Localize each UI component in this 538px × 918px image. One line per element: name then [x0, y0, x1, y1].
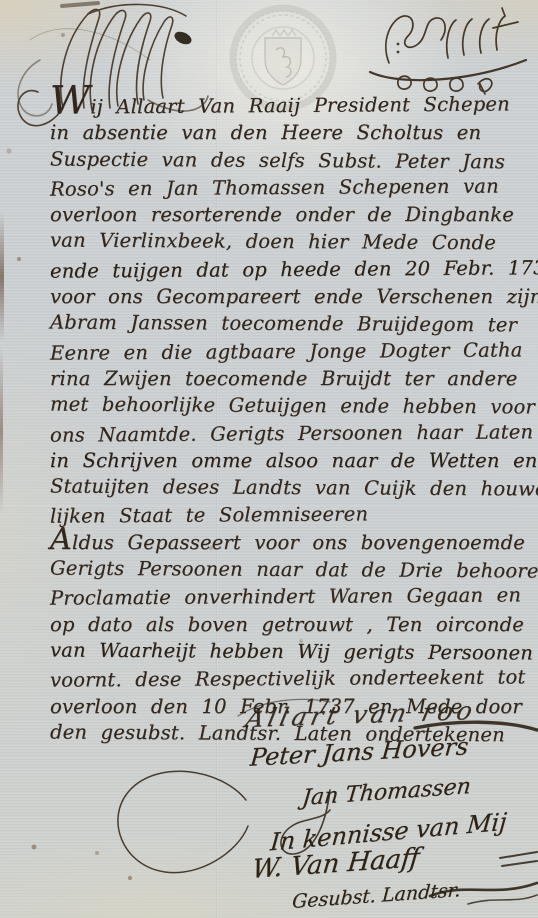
manuscript-line: ons Naamtde. Gerigts Persoonen haar Late… — [50, 418, 532, 449]
manuscript-line: Eenre en die agtbaare Jonge Dogter Catha — [50, 336, 532, 367]
manuscript-body: Wij Allaart Van Raaij President Schepen … — [0, 92, 538, 747]
manuscript-line: Roso's en Jan Thomassen Schepenen van — [50, 172, 532, 203]
manuscript-line: overloon resorterende onder de Dingbanke — [50, 201, 532, 228]
manuscript-line: in absentie van den Heere Scholtus en — [50, 119, 532, 146]
paraph-top-right-icon — [370, 8, 526, 94]
manuscript-line: ende tuijgen dat op heede den 20 Febr. 1… — [50, 254, 532, 285]
title-gesubst-landtsr: Gesubst. Landtsr. — [291, 879, 461, 913]
manuscript-line: van Waarheijt hebben Wij gerigts Persoon… — [50, 636, 532, 666]
manuscript-line: van Vierlinxbeek, doen hier Mede Conde — [50, 227, 532, 257]
manuscript-line: Wij Allaart Van Raaij President Schepen — [50, 90, 532, 121]
foxing-specks — [0, 0, 2, 2]
manuscript-line: op dato als boven getrouwt , Ten oircond… — [50, 611, 532, 638]
manuscript-line: Statuijten deses Landts van Cuijk den ho… — [50, 473, 532, 503]
manuscript-line: in Schrijven omme alsoo naar de Wetten e… — [50, 447, 532, 474]
manuscript-line: met behoorlijke Getuijgen ende hebben vo… — [50, 391, 532, 421]
manuscript-line: Gerigts Persoonen naar dat de Drie behoo… — [50, 555, 532, 585]
manuscript-page: Wij Allaart Van Raaij President Schepen … — [0, 0, 538, 918]
signature-jan-thomassen: Jan Thomassen — [301, 774, 472, 811]
manuscript-line: Aldus Gepasseert voor ons bovengenoemde — [50, 529, 532, 556]
manuscript-line: voornt. dese Respectivelijk onderteekent… — [50, 664, 532, 695]
manuscript-line: Proclamatie onverhindert Waren Gegaan en — [50, 582, 532, 613]
manuscript-line: rina Zwijen toecomende Bruijdt ter ander… — [50, 365, 532, 392]
manuscript-line: Abram Janssen toecomende Bruijdegom ter — [50, 309, 532, 339]
manuscript-line: lijken Staat te Solemniseeren — [50, 500, 532, 531]
manuscript-line: Suspectie van des selfs Subst. Peter Jan… — [50, 145, 532, 175]
manuscript-line: voor ons Gecompareert ende Verschenen zi… — [50, 283, 532, 310]
